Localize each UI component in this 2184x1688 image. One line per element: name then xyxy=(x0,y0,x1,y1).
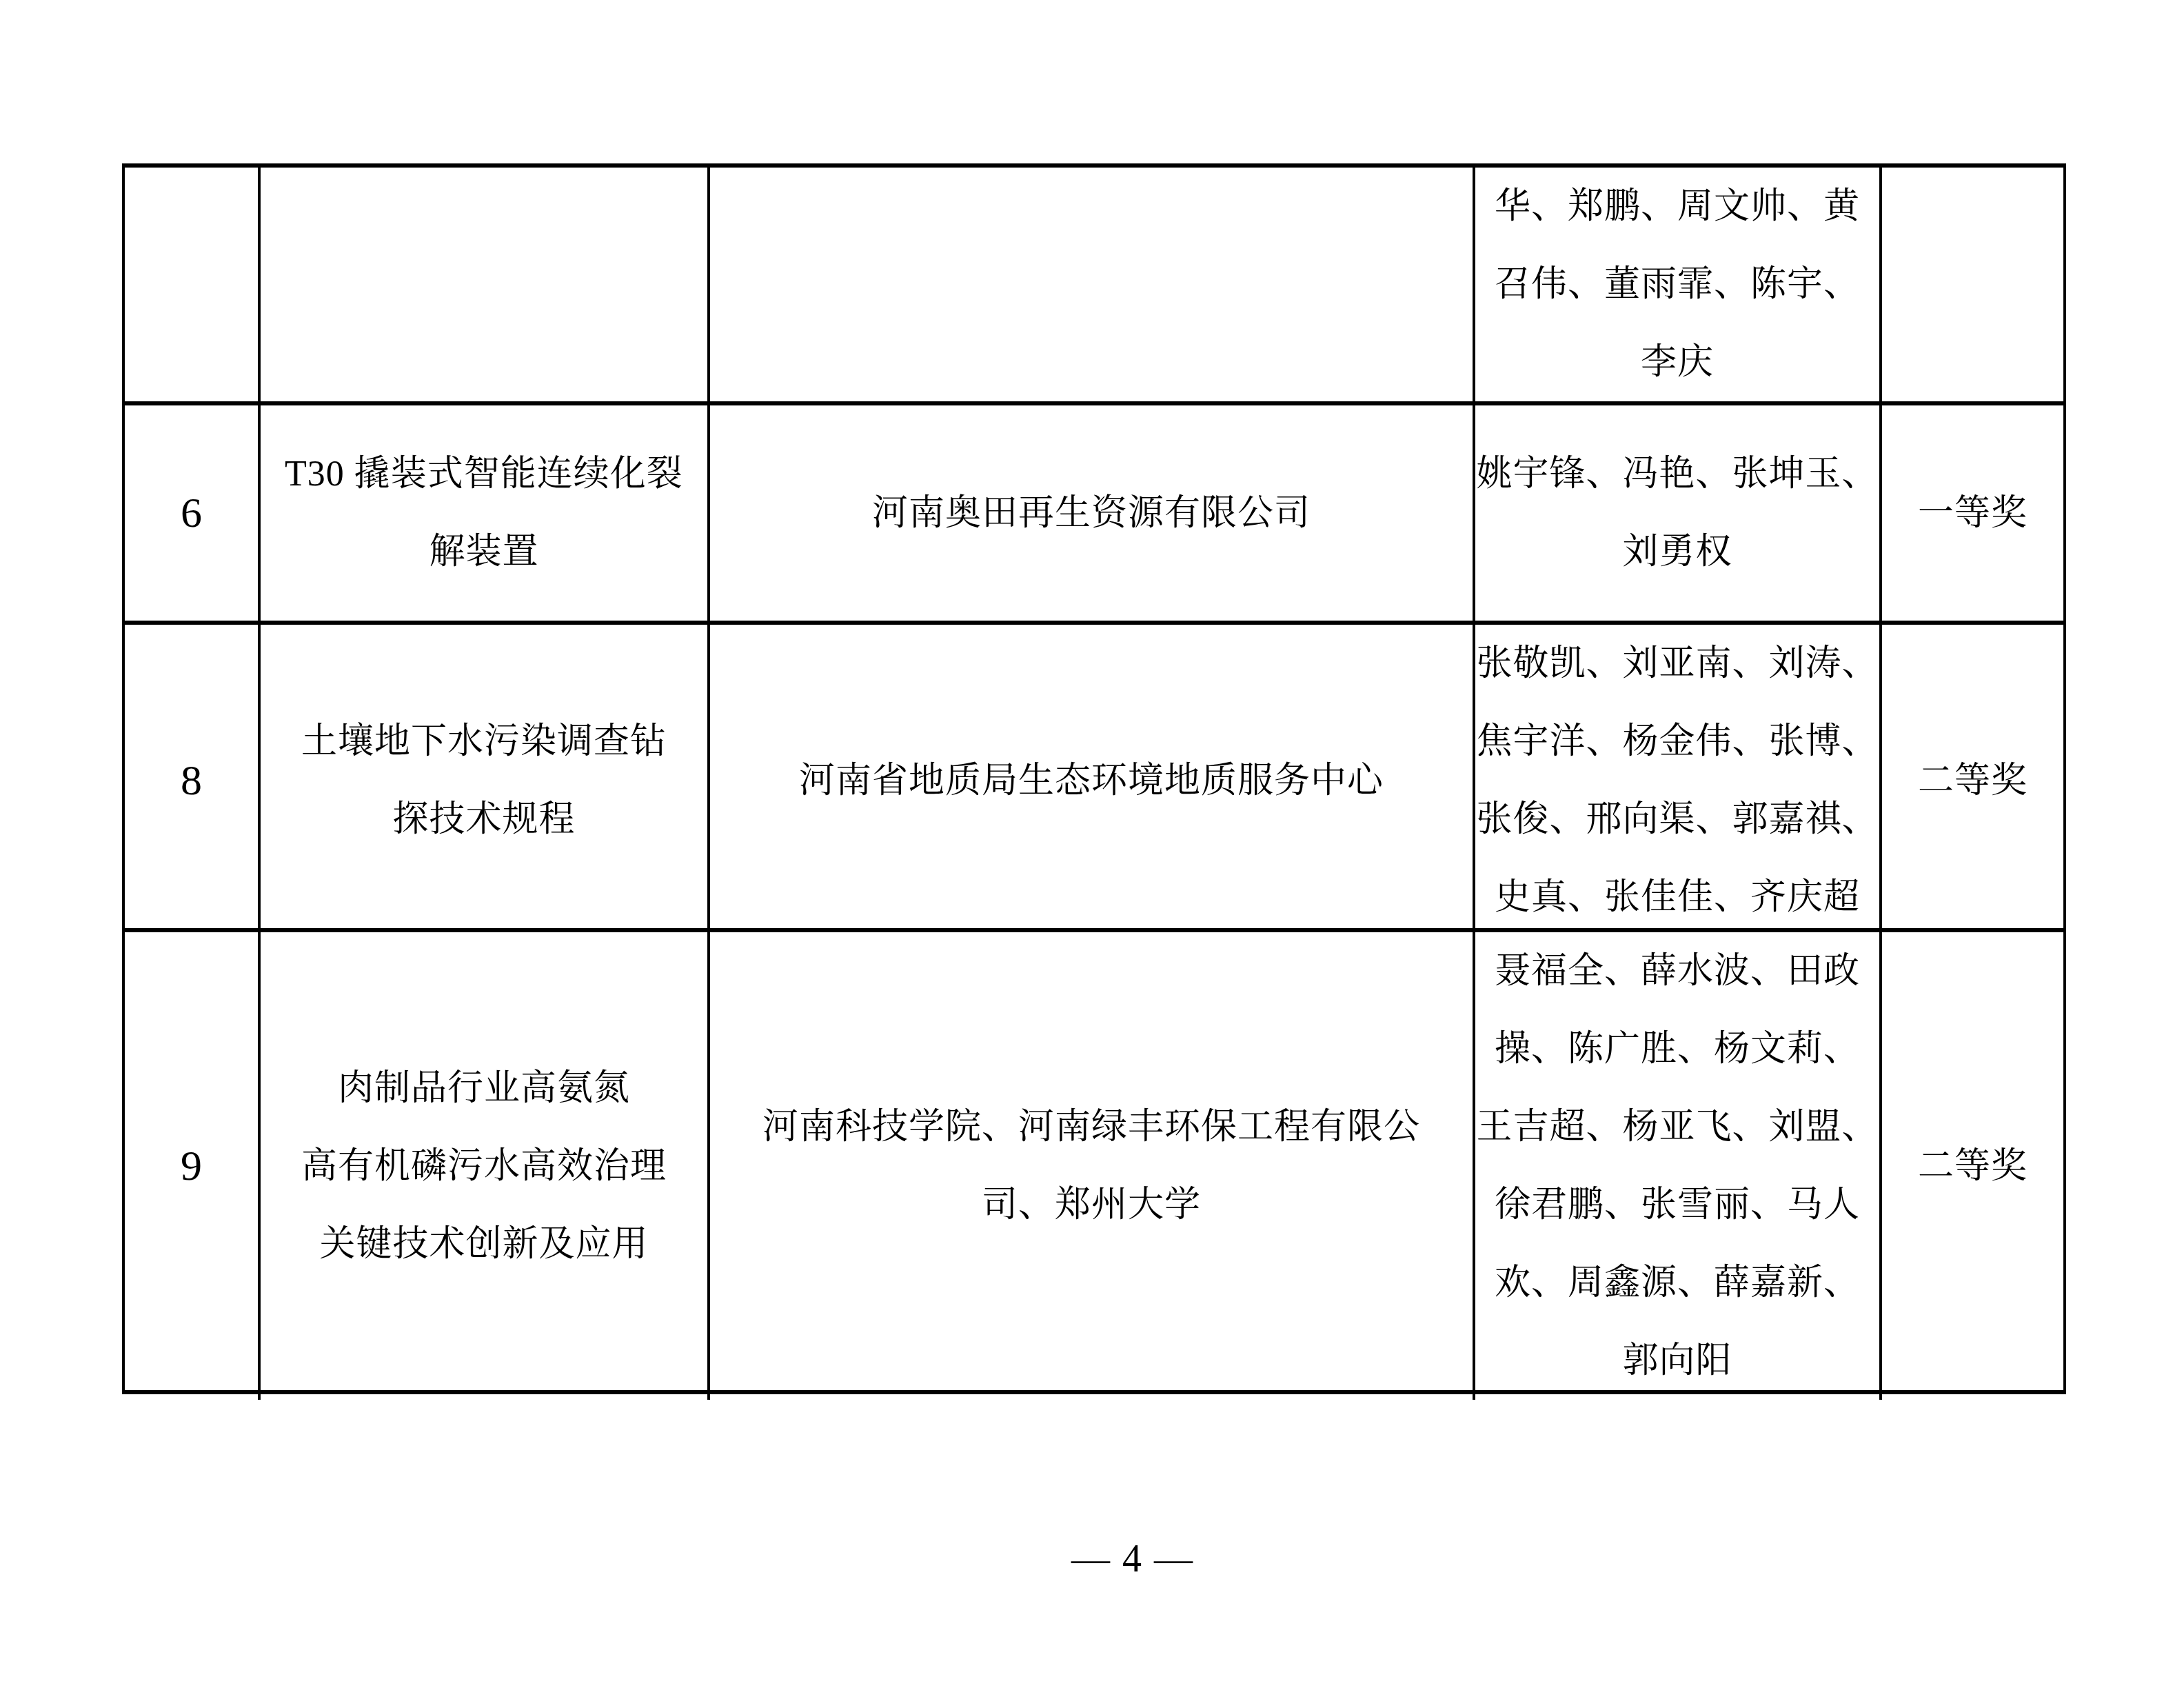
award-cell: 一等奖 xyxy=(1882,405,2063,621)
table-row: 8 土壤地下水污染调查钻 探技术规程 河南省地质局生态环境地质服务中心 张敬凯、… xyxy=(125,625,2063,932)
award-cell: 二等奖 xyxy=(1882,625,2063,936)
project-name-cell: 土壤地下水污染调查钻 探技术规程 xyxy=(261,625,710,936)
participants-cell: 聂福全、薛水波、田政 操、陈广胜、杨文莉、 王吉超、杨亚飞、刘盟、 徐君鹏、张雪… xyxy=(1475,932,1882,1400)
row-number-cell: 9 xyxy=(125,932,261,1400)
participants-cell: 华、郑鹏、周文帅、黄 召伟、董雨霏、陈宇、 李庆 xyxy=(1475,168,1882,401)
page-number: — 4 — xyxy=(926,1520,1339,1598)
project-name-cell: T30 撬装式智能连续化裂 解装置 xyxy=(261,405,710,621)
participants-cell: 姚宇锋、冯艳、张坤玉、 刘勇权 xyxy=(1475,405,1882,621)
row-number-cell: 6 xyxy=(125,405,261,621)
award-cell xyxy=(1882,168,2063,401)
organization-cell: 河南省地质局生态环境地质服务中心 xyxy=(710,625,1475,936)
organization-cell: 河南奥田再生资源有限公司 xyxy=(710,405,1475,621)
table-row: 6 T30 撬装式智能连续化裂 解装置 河南奥田再生资源有限公司 姚宇锋、冯艳、… xyxy=(125,405,2063,625)
table-row: 华、郑鹏、周文帅、黄 召伟、董雨霏、陈宇、 李庆 xyxy=(125,168,2063,405)
project-name-cell xyxy=(261,168,710,401)
project-name-cell: 肉制品行业高氨氮 高有机磷污水高效治理 关键技术创新及应用 xyxy=(261,932,710,1400)
organization-cell xyxy=(710,168,1475,401)
participants-cell: 张敬凯、刘亚南、刘涛、 焦宇洋、杨金伟、张博、 张俊、邢向渠、郭嘉祺、 史真、张… xyxy=(1475,625,1882,936)
organization-cell: 河南科技学院、河南绿丰环保工程有限公 司、郑州大学 xyxy=(710,932,1475,1400)
row-number-cell xyxy=(125,168,261,401)
award-cell: 二等奖 xyxy=(1882,932,2063,1400)
award-table: 华、郑鹏、周文帅、黄 召伟、董雨霏、陈宇、 李庆 6 T30 撬装式智能连续化裂… xyxy=(122,163,2066,1394)
row-number-cell: 8 xyxy=(125,625,261,936)
table-row: 9 肉制品行业高氨氮 高有机磷污水高效治理 关键技术创新及应用 河南科技学院、河… xyxy=(125,932,2063,1390)
